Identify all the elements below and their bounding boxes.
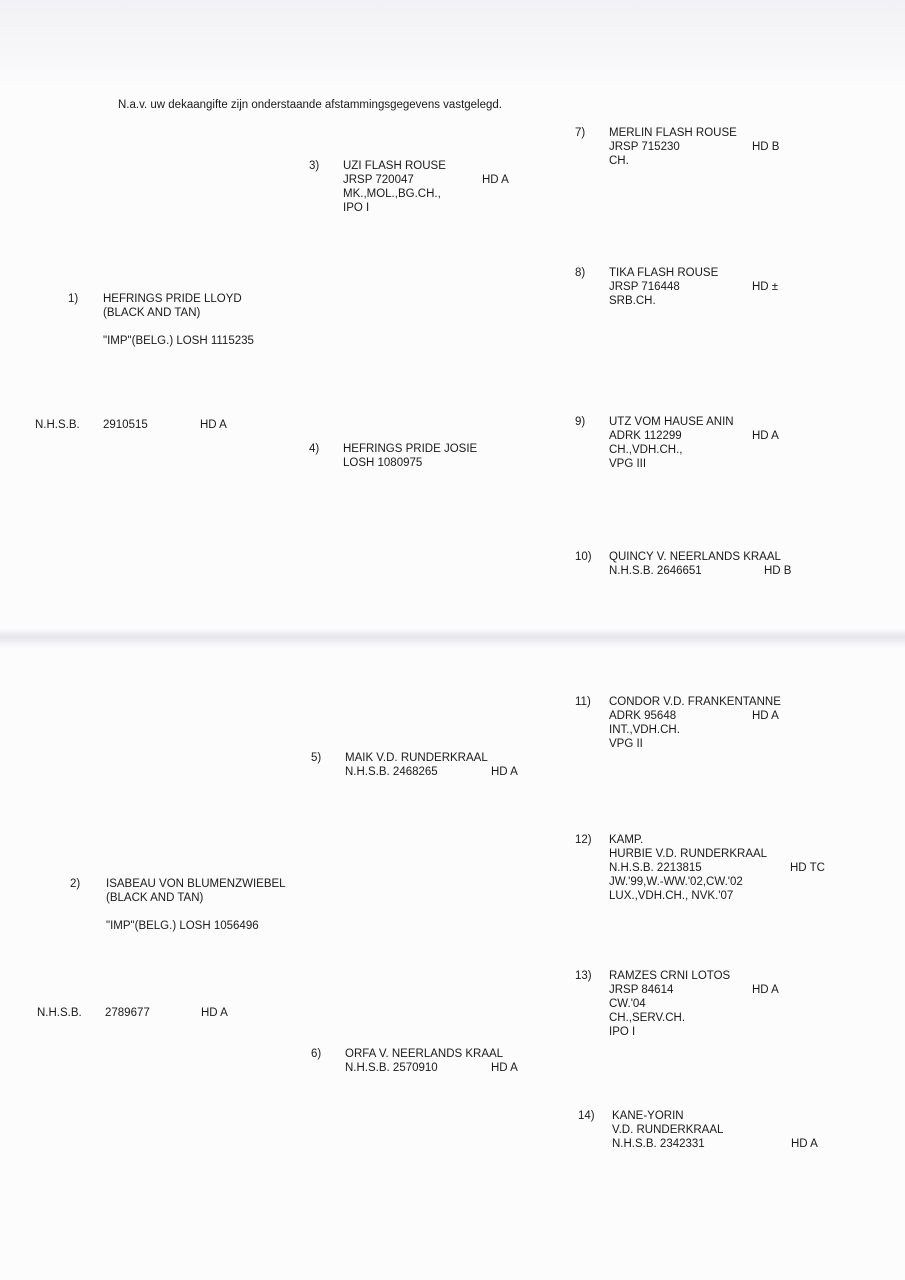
dog-detail: VPG III bbox=[609, 458, 646, 470]
dog-name: KANE-YORIN bbox=[612, 1110, 684, 1122]
scan-fold-band bbox=[0, 628, 905, 648]
dog-detail: VPG II bbox=[609, 738, 643, 750]
registry-label: N.H.S.B. bbox=[35, 418, 80, 432]
dog-import: "IMP"(BELG.) LOSH 1056496 bbox=[106, 919, 286, 933]
dog-detail: ADRK 112299 bbox=[609, 430, 682, 442]
dog-detail: JW.'99,W.-WW.'02,CW.'02 bbox=[609, 876, 743, 888]
dog-detail: IPO I bbox=[343, 202, 369, 214]
dog-color: (BLACK AND TAN) bbox=[103, 306, 254, 320]
dog-name: ISABEAU VON BLUMENZWIEBEL bbox=[106, 877, 286, 891]
entry-number: 3) bbox=[309, 159, 319, 173]
dog-detail: LUX.,VDH.CH., NVK.'07 bbox=[609, 890, 733, 902]
registry-label: N.H.S.B. bbox=[37, 1006, 82, 1020]
dog-import: "IMP"(BELG.) LOSH 1115235 bbox=[103, 334, 254, 348]
dog-detail: N.H.S.B. 2342331 bbox=[612, 1138, 705, 1150]
dog-detail: CH.,SERV.CH. bbox=[609, 1012, 685, 1024]
entry-number: 1) bbox=[68, 292, 78, 306]
hd-grade: HD A bbox=[752, 983, 779, 997]
registry-number: 2789677 bbox=[105, 1006, 150, 1020]
entry-number: 2) bbox=[70, 877, 80, 891]
dog-detail: INT.,VDH.CH. bbox=[609, 724, 680, 736]
dog-name: QUINCY V. NEERLANDS KRAAL bbox=[609, 551, 781, 563]
hd-grade: HD A bbox=[791, 1137, 818, 1151]
dog-name: KAMP. bbox=[609, 834, 643, 846]
hd-grade: HD A bbox=[200, 418, 227, 432]
dog-name: MERLIN FLASH ROUSE bbox=[609, 127, 737, 139]
dog-name: HEFRINGS PRIDE JOSIE bbox=[343, 443, 477, 455]
dog-name: ORFA V. NEERLANDS KRAAL bbox=[345, 1048, 503, 1060]
dog-detail: LOSH 1080975 bbox=[343, 457, 422, 469]
dog-detail: SRB.CH. bbox=[609, 295, 656, 307]
entry-number: 6) bbox=[311, 1047, 321, 1061]
dog-name: HEFRINGS PRIDE LLOYD bbox=[103, 292, 254, 306]
entry-number: 9) bbox=[575, 415, 585, 429]
entry-number: 14) bbox=[578, 1109, 595, 1123]
hd-grade: HD ± bbox=[752, 280, 778, 294]
dog-detail: MK.,MOL.,BG.CH., bbox=[343, 188, 441, 200]
entry-number: 12) bbox=[575, 833, 592, 847]
hd-grade: HD A bbox=[491, 1061, 518, 1075]
dog-detail: CH.,VDH.CH., bbox=[609, 444, 682, 456]
dog-detail: N.H.S.B. 2646651 bbox=[609, 565, 702, 577]
dog-name: MAIK V.D. RUNDERKRAAL bbox=[345, 752, 488, 764]
entry-number: 10) bbox=[575, 550, 592, 564]
dog-name: TIKA FLASH ROUSE bbox=[609, 267, 718, 279]
dog-detail: JRSP 715230 bbox=[609, 141, 680, 153]
hd-grade: HD B bbox=[764, 564, 791, 578]
dog-detail: CW.'04 bbox=[609, 998, 646, 1010]
dog-detail: JRSP 720047 bbox=[343, 174, 414, 186]
entry-number: 4) bbox=[309, 442, 319, 456]
dog-name: CONDOR V.D. FRANKENTANNE bbox=[609, 696, 781, 708]
hd-grade: HD A bbox=[482, 173, 509, 187]
hd-grade: HD B bbox=[752, 140, 779, 154]
dog-name: UTZ VOM HAUSE ANIN bbox=[609, 416, 734, 428]
entry-number: 5) bbox=[311, 751, 321, 765]
dog-detail: JRSP 716448 bbox=[609, 281, 680, 293]
entry-number: 13) bbox=[575, 969, 592, 983]
dog-name: UZI FLASH ROUSE bbox=[343, 160, 446, 172]
intro-text: N.a.v. uw dekaangifte zijn onderstaande … bbox=[118, 98, 502, 112]
dog-detail: N.H.S.B. 2213815 bbox=[609, 862, 702, 874]
dog-color: (BLACK AND TAN) bbox=[106, 891, 286, 905]
scan-shading-top bbox=[0, 0, 905, 90]
dog-detail: HURBIE V.D. RUNDERKRAAL bbox=[609, 848, 767, 860]
hd-grade: HD TC bbox=[790, 861, 825, 875]
dog-detail: IPO I bbox=[609, 1026, 635, 1038]
hd-grade: HD A bbox=[752, 429, 779, 443]
hd-grade: HD A bbox=[201, 1006, 228, 1020]
dog-detail: ADRK 95648 bbox=[609, 710, 676, 722]
dog-detail: JRSP 84614 bbox=[609, 984, 673, 996]
hd-grade: HD A bbox=[491, 765, 518, 779]
entry-number: 8) bbox=[575, 266, 585, 280]
dog-name: RAMZES CRNI LOTOS bbox=[609, 970, 730, 982]
dog-detail: N.H.S.B. 2570910 bbox=[345, 1062, 438, 1074]
hd-grade: HD A bbox=[752, 709, 779, 723]
registry-number: 2910515 bbox=[103, 418, 148, 432]
dog-detail: V.D. RUNDERKRAAL bbox=[612, 1124, 723, 1136]
dog-detail: CH. bbox=[609, 155, 629, 167]
entry-number: 11) bbox=[575, 695, 591, 709]
dog-detail: N.H.S.B. 2468265 bbox=[345, 766, 438, 778]
entry-number: 7) bbox=[575, 126, 585, 140]
